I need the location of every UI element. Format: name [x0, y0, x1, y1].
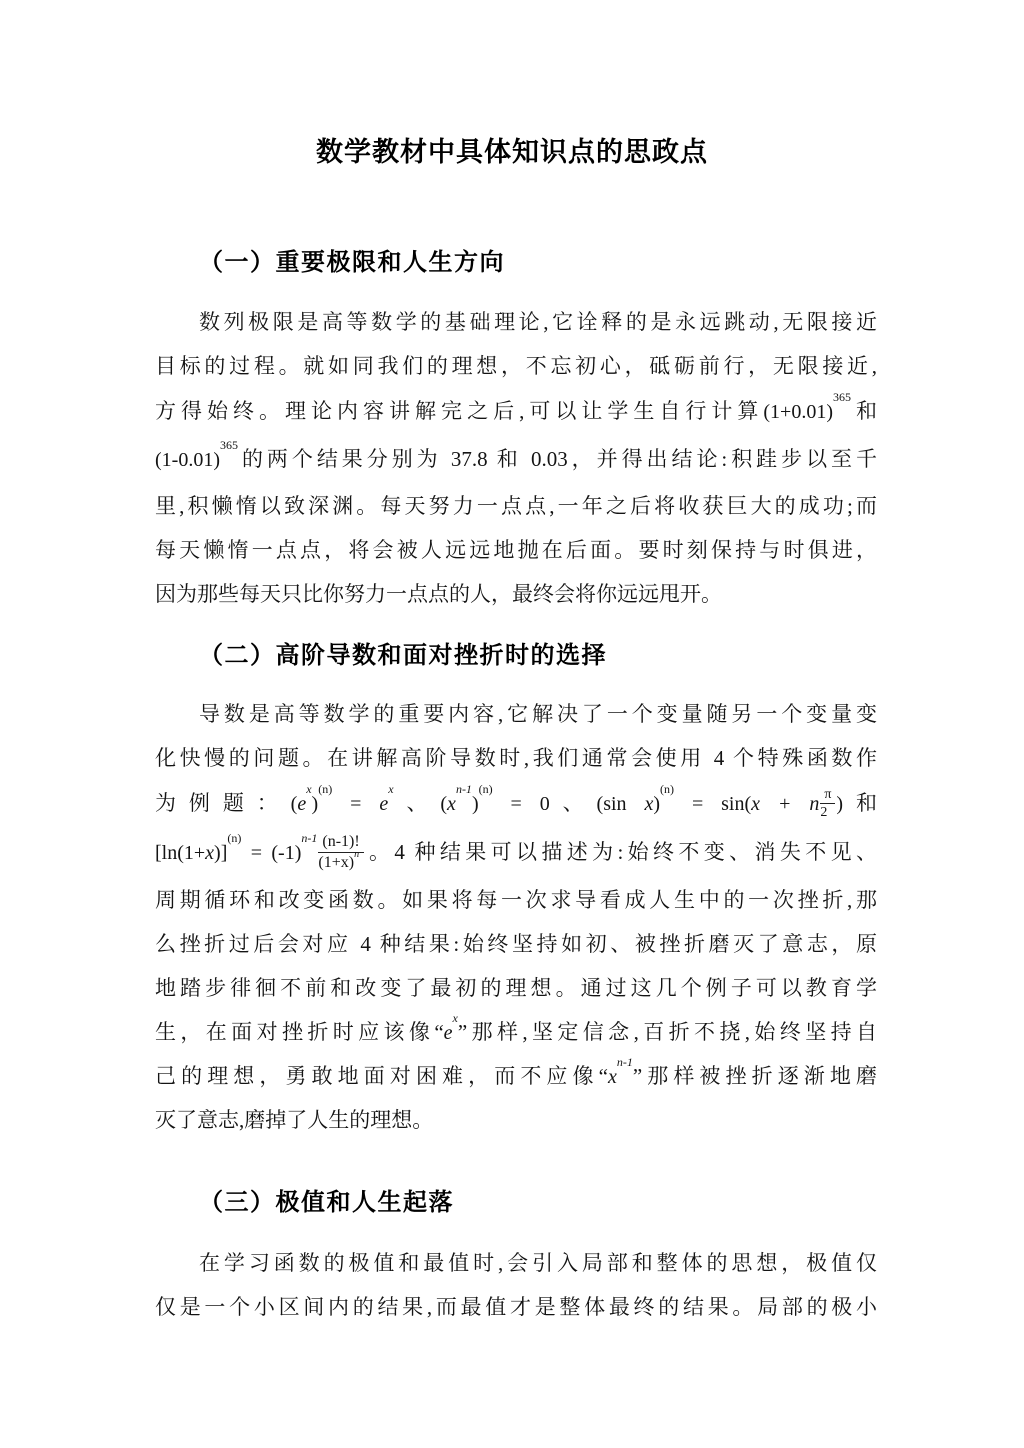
text-line: 么挫折过后会对应 4 种结果:始终坚持如初、被挫折磨灭了意志，原: [155, 922, 877, 966]
text-line: 数列极限是高等数学的基础理论,它诠释的是永远跳动,无限接近: [155, 300, 877, 344]
text-line: 每天懒惰一点点，将会被人远远地抛在后面。要时刻保持与时俱进，: [155, 528, 877, 572]
section-1-heading: （一）重要极限和人生方向: [199, 242, 505, 277]
superscript-exponent: n-1: [456, 782, 472, 796]
text-line: 目标的过程。就如同我们的理想，不忘初心，砥砺前行，无限接近,: [155, 344, 877, 388]
text-run: 为例题：: [155, 791, 291, 815]
section-2-heading: （二）高阶导数和面对挫折时的选择: [199, 635, 607, 670]
text-line: 生，在面对挫折时应该像“ex”那样,坚定信念,百折不挠,始终坚持自: [155, 1010, 877, 1054]
formula-ln-nth-derivative: [ln(1+x)](n) = (-1)n-1(n-1)!(1+x)n: [155, 842, 365, 864]
section-1-paragraph: 数列极限是高等数学的基础理论,它诠释的是永远跳动,无限接近 目标的过程。就如同我…: [155, 300, 877, 616]
superscript-order: (n): [227, 831, 241, 845]
text-line: 灭了意志,磨掉了人生的理想。: [155, 1098, 877, 1142]
superscript-order: (n): [318, 782, 332, 796]
formula-limit-decay: (1-0.01)365: [155, 449, 238, 471]
text-run: 、: [550, 791, 597, 815]
superscript-exponent: 365: [220, 438, 238, 452]
fraction-pi-over-two: π2: [820, 787, 835, 821]
superscript-exponent: n: [354, 849, 359, 860]
text-run: 、: [394, 791, 441, 815]
document-page: 数学教材中具体知识点的思政点 （一）重要极限和人生方向 数列极限是高等数学的基础…: [0, 0, 1024, 1448]
text-line: 为例题：(ex)(n) = ex、(xn-1)(n) = 0、(sin x)(n…: [155, 780, 877, 826]
text-line: 周期循环和改变函数。如果将每一次求导看成人生中的一次挫折,那: [155, 878, 877, 922]
text-line: 地踏步徘徊不前和改变了最初的理想。通过这几个例子可以教育学: [155, 966, 877, 1010]
text-run: 。4 种结果可以描述为:始终不变、消失不见、: [365, 840, 877, 864]
superscript-exponent: x: [453, 1011, 458, 1025]
text-run: 和: [843, 791, 877, 815]
text-line: 因为那些每天只比你努力一点点的人，最终会将你远远甩开。: [155, 572, 877, 616]
text-line: (1-0.01)365的两个结果分别为 37.8 和 0.03，并得出结论:积跬…: [155, 434, 877, 484]
text-line: [ln(1+x)](n) = (-1)n-1(n-1)!(1+x)n。4 种结果…: [155, 826, 877, 878]
text-line: 在学习函数的极值和最值时,会引入局部和整体的思想，极值仅: [155, 1241, 877, 1285]
text-run: ”那样被挫折逐渐地磨: [633, 1064, 877, 1088]
text-run: 和: [851, 399, 877, 423]
fraction-factorial-over-power: (n-1)!(1+x)n: [318, 833, 363, 871]
fraction-denominator: (1+x)n: [318, 853, 363, 872]
superscript-order: (n): [660, 782, 674, 796]
superscript-exponent: n-1: [617, 1055, 633, 1069]
text-run: ”那样,坚定信念,百折不挠,始终坚持自: [458, 1020, 877, 1044]
superscript-exponent: 365: [833, 390, 851, 404]
superscript-exponent: x: [306, 782, 311, 796]
text-run: 生，在面对挫折时应该像“: [155, 1020, 444, 1044]
formula-power-nth-derivative: (xn-1)(n) = 0: [440, 793, 549, 815]
text-line: 里,积懒惰以致深渊。每天努力一点点,一年之后将收获巨大的成功;而: [155, 484, 877, 528]
formula-limit-growth: (1+0.01)365: [763, 401, 851, 423]
inline-power-ref: xn-1: [608, 1066, 633, 1088]
fraction-numerator: π: [820, 787, 835, 804]
text-run: 己的理想，勇敢地面对困难，而不应像“: [155, 1064, 608, 1088]
fraction-denominator: 2: [820, 804, 835, 820]
text-line: 导数是高等数学的重要内容,它解决了一个变量随另一个变量变: [155, 692, 877, 736]
text-line: 仅是一个小区间内的结果,而最值才是整体最终的结果。局部的极小: [155, 1285, 877, 1329]
text-run: 方得始终。理论内容讲解完之后,可以让学生自行计算: [155, 399, 763, 423]
document-title: 数学教材中具体知识点的思政点: [0, 130, 1024, 169]
superscript-exponent: x: [388, 782, 393, 796]
text-line: 化快慢的问题。在讲解高阶导数时,我们通常会使用 4 个特殊函数作: [155, 736, 877, 780]
section-3-heading: （三）极值和人生起落: [199, 1182, 454, 1217]
superscript-exponent: n-1: [301, 831, 317, 845]
inline-exp-ref: ex: [444, 1022, 458, 1044]
formula-sin-nth-derivative: (sin x)(n) = sin(x + nπ2): [597, 793, 844, 815]
text-line: 己的理想，勇敢地面对困难，而不应像“xn-1”那样被挫折逐渐地磨: [155, 1054, 877, 1098]
text-run: 的两个结果分别为 37.8 和 0.03，并得出结论:积跬步以至千: [238, 447, 877, 471]
text-line: 方得始终。理论内容讲解完之后,可以让学生自行计算(1+0.01)365和: [155, 388, 877, 434]
section-2-paragraph: 导数是高等数学的重要内容,它解决了一个变量随另一个变量变 化快慢的问题。在讲解高…: [155, 692, 877, 1142]
superscript-order: (n): [479, 782, 493, 796]
formula-exp-nth-derivative: (ex)(n) = ex: [291, 793, 394, 815]
section-3-paragraph: 在学习函数的极值和最值时,会引入局部和整体的思想，极值仅 仅是一个小区间内的结果…: [155, 1241, 877, 1329]
